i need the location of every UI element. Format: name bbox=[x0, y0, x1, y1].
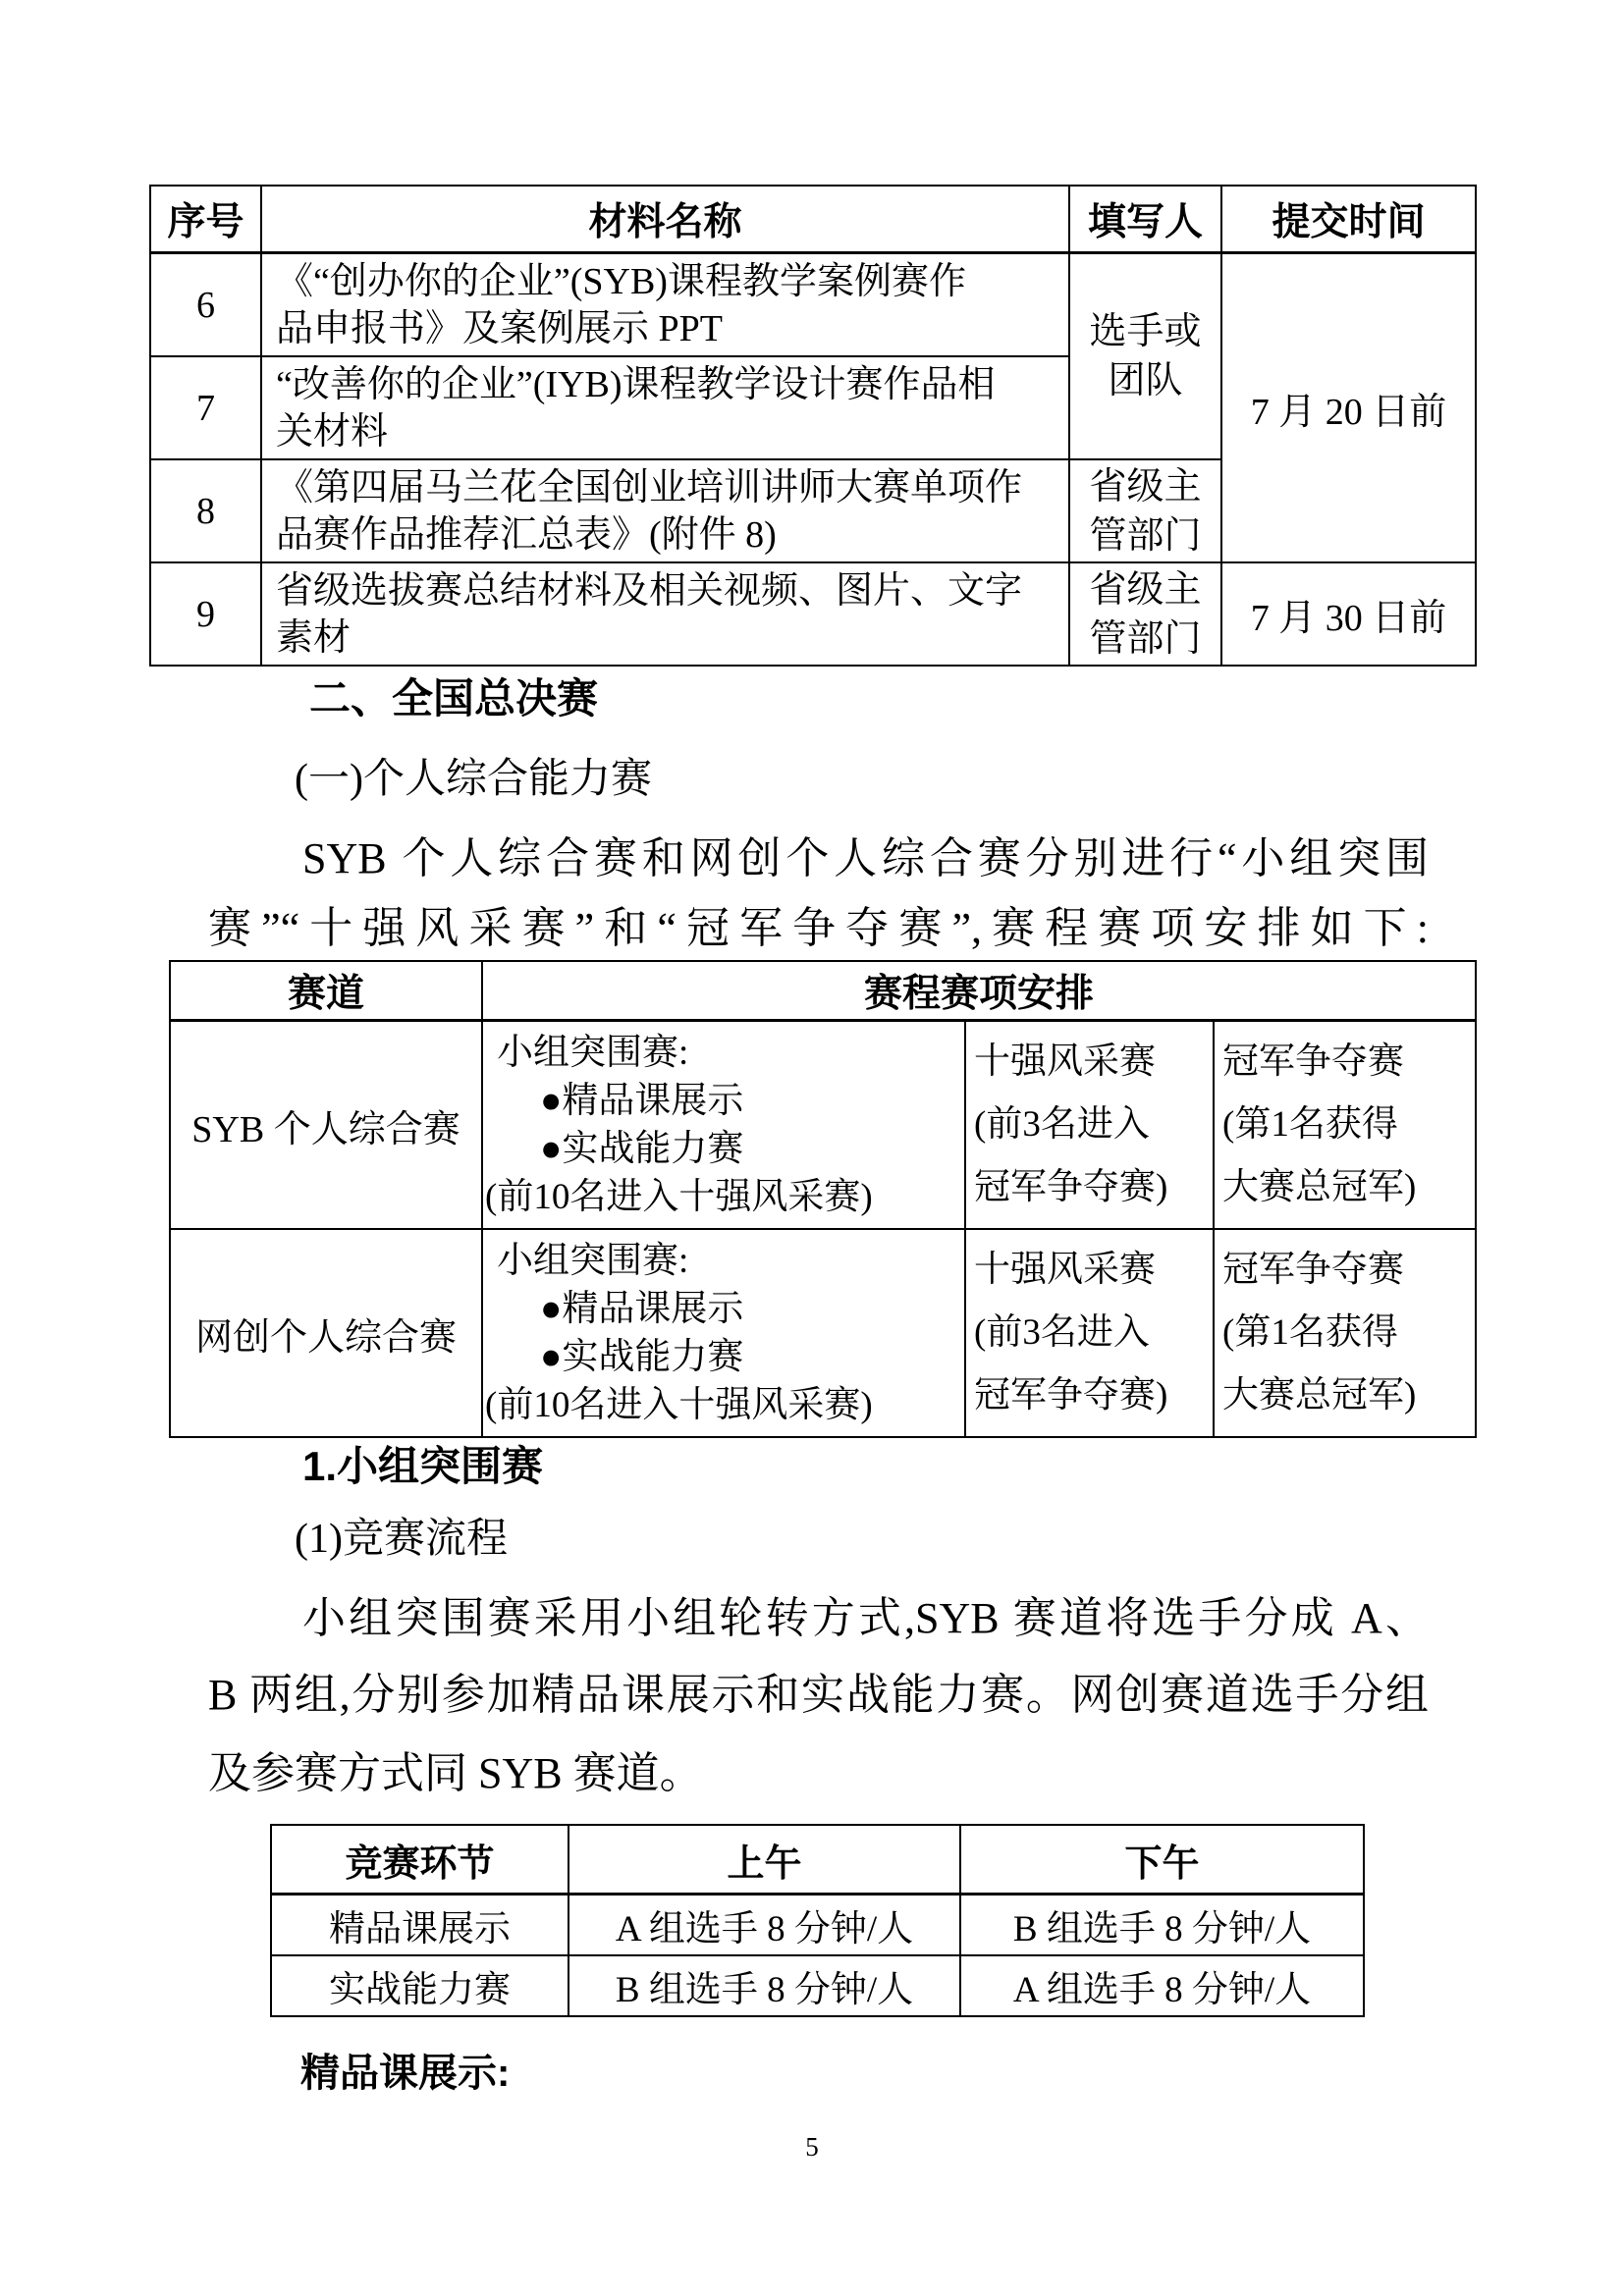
paragraph2-line1: 小组突围赛采用小组轮转方式,SYB 赛道将选手分成 A、 bbox=[302, 1592, 1429, 1645]
table-row: SYB 个人综合赛 小组突围赛: ●精品课展示 ●实战能力赛 (前10名进入十强… bbox=[170, 1021, 1476, 1230]
group-stage-cell: 小组突围赛: ●精品课展示 ●实战能力赛 (前10名进入十强风采赛) bbox=[482, 1021, 965, 1230]
paragraph2-line3: 及参赛方式同 SYB 赛道。 bbox=[208, 1747, 1429, 1800]
top10-stage-cell: 十强风采赛 (前3名进入 冠军争夺赛) bbox=[965, 1021, 1214, 1230]
material-name-cell: 《“创办你的企业”(SYB)课程教学案例赛作 品申报书》及案例展示 PPT bbox=[261, 253, 1069, 357]
group-stage-bullet-2: ●实战能力赛 bbox=[485, 1333, 962, 1381]
showcase-label: 精品课展示: bbox=[300, 2048, 510, 2099]
serial-cell: 9 bbox=[150, 562, 261, 666]
group-stage-note: (前10名进入十强风采赛) bbox=[485, 1381, 962, 1429]
competition-flow-heading: (1)竞赛流程 bbox=[295, 1514, 508, 1565]
session-table-header-row: 竞赛环节 上午 下午 bbox=[271, 1825, 1364, 1895]
track-name-cell: 网创个人综合赛 bbox=[170, 1229, 482, 1437]
filler-cell-merged: 选手或 团队 bbox=[1069, 253, 1221, 460]
schedule-table-header-row: 赛道 赛程赛项安排 bbox=[170, 961, 1476, 1021]
track-schedule-table: 赛道 赛程赛项安排 SYB 个人综合赛 小组突围赛: ●精品课展示 ●实战能力赛… bbox=[169, 960, 1477, 1438]
group-stage-cell: 小组突围赛: ●精品课展示 ●实战能力赛 (前10名进入十强风采赛) bbox=[482, 1229, 965, 1437]
session-table: 竞赛环节 上午 下午 精品课展示 A 组选手 8 分钟/人 B 组选手 8 分钟… bbox=[270, 1824, 1365, 2017]
table-row: 网创个人综合赛 小组突围赛: ●精品课展示 ●实战能力赛 (前10名进入十强风采… bbox=[170, 1229, 1476, 1437]
material-name-cell: “改善你的企业”(IYB)课程教学设计赛作品相 关材料 bbox=[261, 356, 1069, 459]
deadline-cell: 7 月 30 日前 bbox=[1221, 562, 1476, 666]
group-stage-note: (前10名进入十强风采赛) bbox=[485, 1173, 962, 1221]
top10-stage-cell: 十强风采赛 (前3名进入 冠军争夺赛) bbox=[965, 1229, 1214, 1437]
serial-cell: 7 bbox=[150, 356, 261, 459]
group-stage-title: 小组突围赛: bbox=[485, 1029, 962, 1077]
col-header-afternoon: 下午 bbox=[960, 1825, 1364, 1895]
table-row: 9 省级选拔赛总结材料及相关视频、图片、文字 素材 省级主 管部门 7 月 30… bbox=[150, 562, 1476, 666]
group-stage-title: 小组突围赛: bbox=[485, 1237, 962, 1285]
materials-table: 序号 材料名称 填写人 提交时间 6 《“创办你的企业”(SYB)课程教学案例赛… bbox=[149, 185, 1477, 667]
final-stage-cell: 冠军争夺赛 (第1名获得 大赛总冠军) bbox=[1214, 1021, 1476, 1230]
col-header-morning: 上午 bbox=[568, 1825, 960, 1895]
filler-cell: 省级主 管部门 bbox=[1069, 459, 1221, 562]
col-header-deadline: 提交时间 bbox=[1221, 186, 1476, 253]
col-header-serial: 序号 bbox=[150, 186, 261, 253]
paragraph2-line2: B 两组,分别参加精品课展示和实战能力赛。网创赛道选手分组 bbox=[208, 1669, 1429, 1722]
morning-cell: B 组选手 8 分钟/人 bbox=[568, 1955, 960, 2016]
paragraph1-line1: SYB 个人综合赛和网创个人综合赛分别进行“小组突围 bbox=[302, 832, 1429, 885]
final-stage-cell: 冠军争夺赛 (第1名获得 大赛总冠军) bbox=[1214, 1229, 1476, 1437]
materials-table-header-row: 序号 材料名称 填写人 提交时间 bbox=[150, 186, 1476, 253]
segment-cell: 精品课展示 bbox=[271, 1895, 568, 1956]
document-page: 序号 材料名称 填写人 提交时间 6 《“创办你的企业”(SYB)课程教学案例赛… bbox=[0, 0, 1624, 2296]
col-header-track: 赛道 bbox=[170, 961, 482, 1021]
material-name-cell: 《第四届马兰花全国创业培训讲师大赛单项作 品赛作品推荐汇总表》(附件 8) bbox=[261, 459, 1069, 562]
afternoon-cell: A 组选手 8 分钟/人 bbox=[960, 1955, 1364, 2016]
section-heading: 二、全国总决赛 bbox=[309, 673, 598, 724]
morning-cell: A 组选手 8 分钟/人 bbox=[568, 1895, 960, 1956]
col-header-filler: 填写人 bbox=[1069, 186, 1221, 253]
material-name-cell: 省级选拔赛总结材料及相关视频、图片、文字 素材 bbox=[261, 562, 1069, 666]
col-header-segment: 竞赛环节 bbox=[271, 1825, 568, 1895]
group-stage-bullet-1: ●精品课展示 bbox=[485, 1285, 962, 1333]
filler-cell: 省级主 管部门 bbox=[1069, 562, 1221, 666]
serial-cell: 6 bbox=[150, 253, 261, 357]
group-stage-bullet-1: ●精品课展示 bbox=[485, 1077, 962, 1125]
track-name-cell: SYB 个人综合赛 bbox=[170, 1021, 482, 1230]
table-row: 6 《“创办你的企业”(SYB)课程教学案例赛作 品申报书》及案例展示 PPT … bbox=[150, 253, 1476, 357]
segment-cell: 实战能力赛 bbox=[271, 1955, 568, 2016]
serial-cell: 8 bbox=[150, 459, 261, 562]
table-row: 精品课展示 A 组选手 8 分钟/人 B 组选手 8 分钟/人 bbox=[271, 1895, 1364, 1956]
deadline-cell-merged: 7 月 20 日前 bbox=[1221, 253, 1476, 563]
afternoon-cell: B 组选手 8 分钟/人 bbox=[960, 1895, 1364, 1956]
col-header-material-name: 材料名称 bbox=[261, 186, 1069, 253]
subsection-heading-individual: (一)个人综合能力赛 bbox=[295, 754, 652, 805]
group-stage-heading: 1.小组突围赛 bbox=[302, 1441, 543, 1492]
table-row: 实战能力赛 B 组选手 8 分钟/人 A 组选手 8 分钟/人 bbox=[271, 1955, 1364, 2016]
paragraph1-line2: 赛”“十强风采赛”和“冠军争夺赛”,赛程赛项安排如下: bbox=[208, 902, 1429, 955]
page-number: 5 bbox=[0, 2132, 1624, 2163]
group-stage-bullet-2: ●实战能力赛 bbox=[485, 1125, 962, 1173]
col-header-schedule: 赛程赛项安排 bbox=[482, 961, 1476, 1021]
